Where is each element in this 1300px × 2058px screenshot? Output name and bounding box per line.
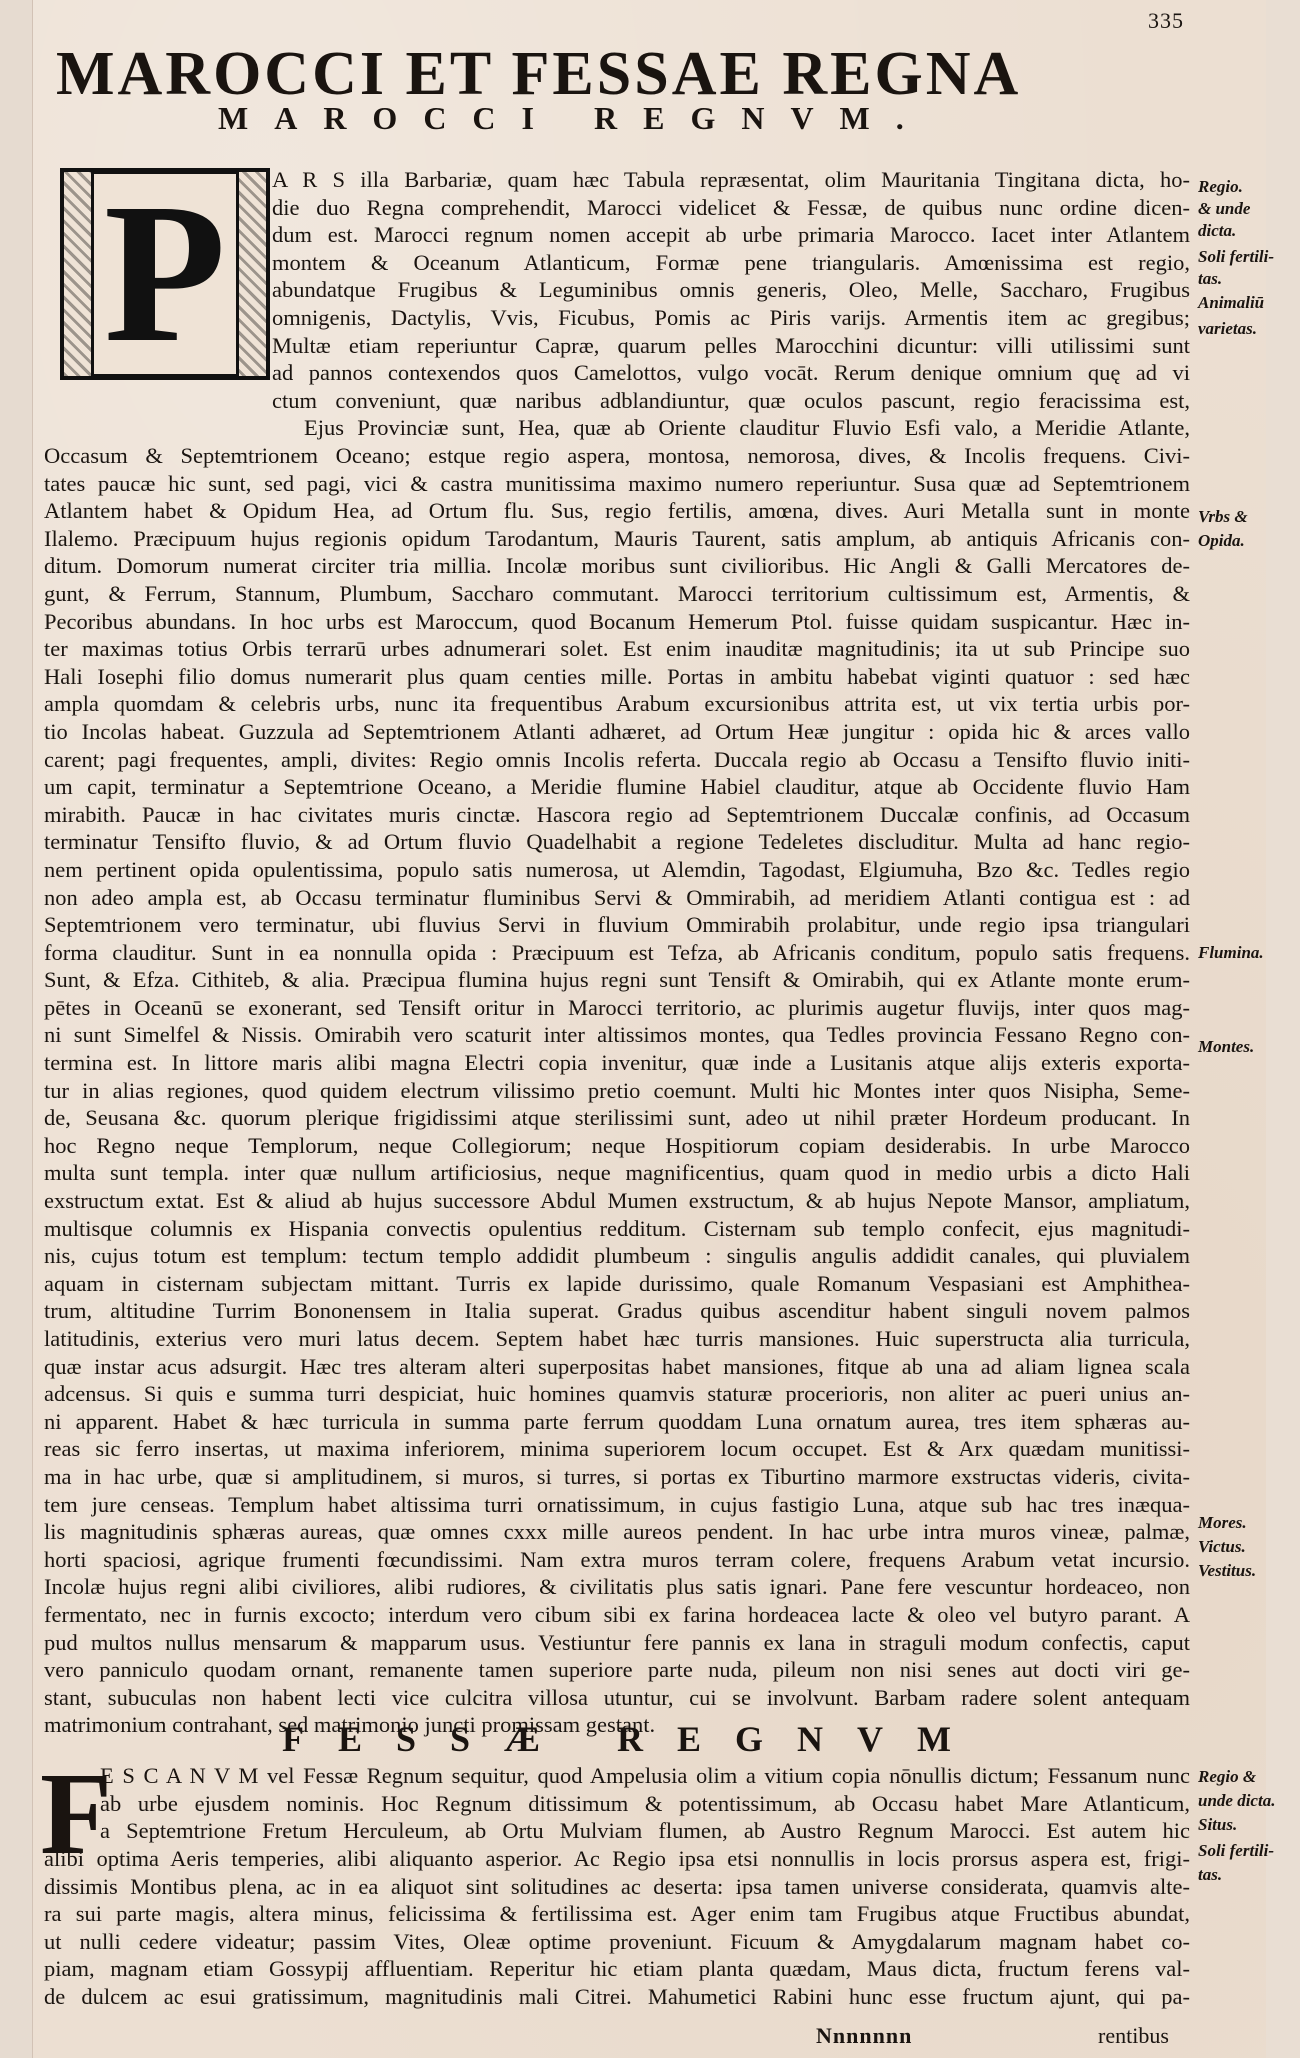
- text-line: termina est. In littore maris alibi magn…: [44, 1049, 1190, 1077]
- section-title-fessae: FESSÆ REGNVM: [282, 1718, 985, 1760]
- text-line: dum est. Marocci regnum nomen accepit ab…: [44, 221, 1190, 249]
- text-line: multisque columnis ex Hispania convectis…: [44, 1215, 1190, 1243]
- catchword: rentibus: [1098, 2023, 1169, 2049]
- text-line: abundatque Frugibus & Leguminibus omnis …: [44, 276, 1190, 304]
- text-line: pētes in Oceanū se exonerant, sed Tensif…: [44, 994, 1190, 1022]
- marocci-intro-paragraph: A R S illa Barbariæ, quam hæc Tabula rep…: [44, 166, 1190, 414]
- text-line: vero panniculo quodam ornant, remanente …: [44, 1656, 1190, 1684]
- text-line: reas sic ferro insertas, ut maxima infer…: [44, 1435, 1190, 1463]
- text-line: de, Seusana &c. quorum plerique frigidis…: [44, 1104, 1190, 1132]
- margin-note: Animaliū: [1198, 292, 1264, 314]
- text-line: ter maximas totius Orbis terrarū urbes a…: [44, 635, 1190, 663]
- text-line: alibi optima Aeris temperies, alibi aliq…: [44, 1845, 1190, 1873]
- text-line: exstructum extat. Est & aliud ab hujus s…: [44, 1187, 1190, 1215]
- margin-note: Opida.: [1198, 530, 1245, 552]
- text-line: Septemtrionem vero terminatur, ubi fluvi…: [44, 911, 1190, 939]
- text-line: Occasum & Septemtrionem Oceano; estque r…: [44, 442, 1190, 470]
- text-line: Multæ etiam reperiuntur Capræ, quarum pe…: [44, 332, 1190, 360]
- text-line: omnigenis, Dactylis, Vvis, Ficubus, Pomi…: [44, 304, 1190, 332]
- text-line: ab urbe ejusdem nominis. Hoc Regnum diti…: [100, 1790, 1190, 1818]
- text-line: latitudinis, exterius vero muri latus de…: [44, 1325, 1190, 1353]
- text-line: mirabith. Paucæ in hac civitates muris c…: [44, 801, 1190, 829]
- margin-note: Flumina.: [1198, 942, 1264, 964]
- margin-note: Soli fertili-: [1198, 1840, 1274, 1862]
- text-line: Ilalemo. Præcipuum hujus regionis opidum…: [44, 525, 1190, 553]
- text-line: Incolæ hujus regni alibi civiliores, ali…: [44, 1573, 1190, 1601]
- text-line: stant, subuculas non habent lecti vice c…: [44, 1684, 1190, 1712]
- margin-note: Montes.: [1198, 1036, 1254, 1058]
- fessae-intro-paragraph: E S C A N V M vel Fessæ Regnum sequitur,…: [44, 1762, 1190, 1845]
- text-line: adcensus. Si quis e summa turri despicia…: [44, 1380, 1190, 1408]
- text-line: fermentato, nec in furnis excocto; inter…: [44, 1601, 1190, 1629]
- text-line: de dulcem ac esui gratissimum, magnitudi…: [44, 1983, 1190, 2011]
- text-line: nis, cujus totum est templum: tectum tem…: [44, 1242, 1190, 1270]
- text-line: dissimis Montibus plena, ac in ea aliquo…: [44, 1873, 1190, 1901]
- text-line: pud multos nullus mensarum & mapparum us…: [44, 1629, 1190, 1657]
- text-line: montem & Oceanum Atlanticum, Formæ pene …: [44, 249, 1190, 277]
- text-line: horti spaciosi, agrique frumenti fœcundi…: [44, 1546, 1190, 1574]
- text-line: tates paucæ hic sunt, sed pagi, vici & c…: [44, 470, 1190, 498]
- text-line: Atlantem habet & Opidum Hea, ad Ortum fl…: [44, 497, 1190, 525]
- margin-note: Mores.: [1198, 1512, 1247, 1534]
- text-line: trum, altitudine Turrim Bononensem in It…: [44, 1297, 1190, 1325]
- section-title-marocci: MAROCCI REGNVM.: [218, 100, 930, 137]
- margin-note: Vrbs &: [1198, 506, 1248, 528]
- text-line: piam, magnam etiam Gossypij affluentiam.…: [44, 1955, 1190, 1983]
- text-line: lis magnitudinis sphæras aureas, quæ omn…: [44, 1518, 1190, 1546]
- text-line: carent; pagi frequentes, ampli, divites:…: [44, 746, 1190, 774]
- text-line: Sunt, & Efza. Cithiteb, & alia. Præcipua…: [44, 966, 1190, 994]
- margin-note: Soli fertili-: [1198, 246, 1274, 268]
- marocci-line-10: Ejus Provinciæ sunt, Hea, quæ ab Oriente…: [44, 414, 1190, 442]
- text-line: die duo Regna comprehendit, Marocci vide…: [44, 194, 1190, 222]
- text-line: ampla quomdam & celebris urbs, nunc ita …: [44, 690, 1190, 718]
- margin-note: dicta.: [1198, 220, 1236, 242]
- text-line: ni apparent. Habet & hæc turricula in su…: [44, 1408, 1190, 1436]
- text-line: ut nulli cedere videatur; passim Vites, …: [44, 1928, 1190, 1956]
- text-line: aquam in cisternam subjectam mittant. Tu…: [44, 1270, 1190, 1298]
- margin-note: Regio &: [1198, 1766, 1256, 1788]
- text-line: ma in hac urbe, quæ si amplitudinem, si …: [44, 1463, 1190, 1491]
- text-line: Ejus Provinciæ sunt, Hea, quæ ab Oriente…: [304, 414, 1190, 442]
- text-line: ditum. Domorum numerat circiter tria mil…: [44, 552, 1190, 580]
- text-line: ctum conveniunt, quæ naribus adblandiunt…: [44, 387, 1190, 415]
- text-line: terminatur Tensifto fluvio, & ad Ortum f…: [44, 828, 1190, 856]
- text-line: quæ instar acus adsurgit. Hæc tres alter…: [44, 1353, 1190, 1381]
- margin-note: tas.: [1198, 268, 1222, 290]
- marocci-body-paragraph: Occasum & Septemtrionem Oceano; estque r…: [44, 442, 1190, 1739]
- page-right-margin: [1266, 0, 1300, 2058]
- text-line: Pecoribus abundans. In hoc urbs est Maro…: [44, 608, 1190, 636]
- fessae-body-paragraph: alibi optima Aeris temperies, alibi aliq…: [44, 1845, 1190, 2011]
- text-line: gunt, & Ferrum, Stannum, Plumbum, Saccha…: [44, 580, 1190, 608]
- text-line: E S C A N V M vel Fessæ Regnum sequitur,…: [100, 1762, 1190, 1790]
- margin-note: tas.: [1198, 1864, 1222, 1886]
- text-line: nem pertinent opida opulentissima, popul…: [44, 856, 1190, 884]
- margin-note: unde dicta.: [1198, 1790, 1275, 1812]
- page-left-margin: [0, 0, 33, 2058]
- margin-note: & unde: [1198, 198, 1250, 220]
- page-number: 335: [1148, 8, 1184, 34]
- text-line: ra sui parte magis, altera minus, felici…: [44, 1900, 1190, 1928]
- text-line: multa sunt templa. inter quæ nullum arti…: [44, 1159, 1190, 1187]
- text-line: A R S illa Barbariæ, quam hæc Tabula rep…: [44, 166, 1190, 194]
- text-line: a Septemtrione Fretum Herculeum, ab Ortu…: [100, 1817, 1190, 1845]
- text-line: tem jure censeas. Templum habet altissim…: [44, 1491, 1190, 1519]
- margin-note: Vestitus.: [1198, 1560, 1256, 1582]
- margin-note: Regio.: [1198, 176, 1243, 198]
- text-line: forma clauditur. Sunt in ea nonnulla opi…: [44, 939, 1190, 967]
- text-line: um capit, terminatur a Septemtrione Ocea…: [44, 773, 1190, 801]
- text-line: hoc Regno neque Templorum, neque Collegi…: [44, 1132, 1190, 1160]
- text-line: tur in alias regiones, quod quidem elect…: [44, 1077, 1190, 1105]
- signature-mark: Nnnnnnn: [816, 2023, 912, 2049]
- margin-note: varietas.: [1198, 318, 1257, 340]
- text-line: ni sunt Simelfel & Nissis. Omirabih vero…: [44, 1021, 1190, 1049]
- margin-note: Victus.: [1198, 1536, 1246, 1558]
- margin-note: Situs.: [1198, 1814, 1237, 1836]
- text-line: ad pannos contexendos quos Camelottos, v…: [44, 359, 1190, 387]
- text-line: non adeo ampla est, ab Occasu terminatur…: [44, 884, 1190, 912]
- text-line: Hali Iosephi filio domus numerarit plus …: [44, 663, 1190, 691]
- text-line: tio Incolas habeat. Guzzula ad Septemtri…: [44, 718, 1190, 746]
